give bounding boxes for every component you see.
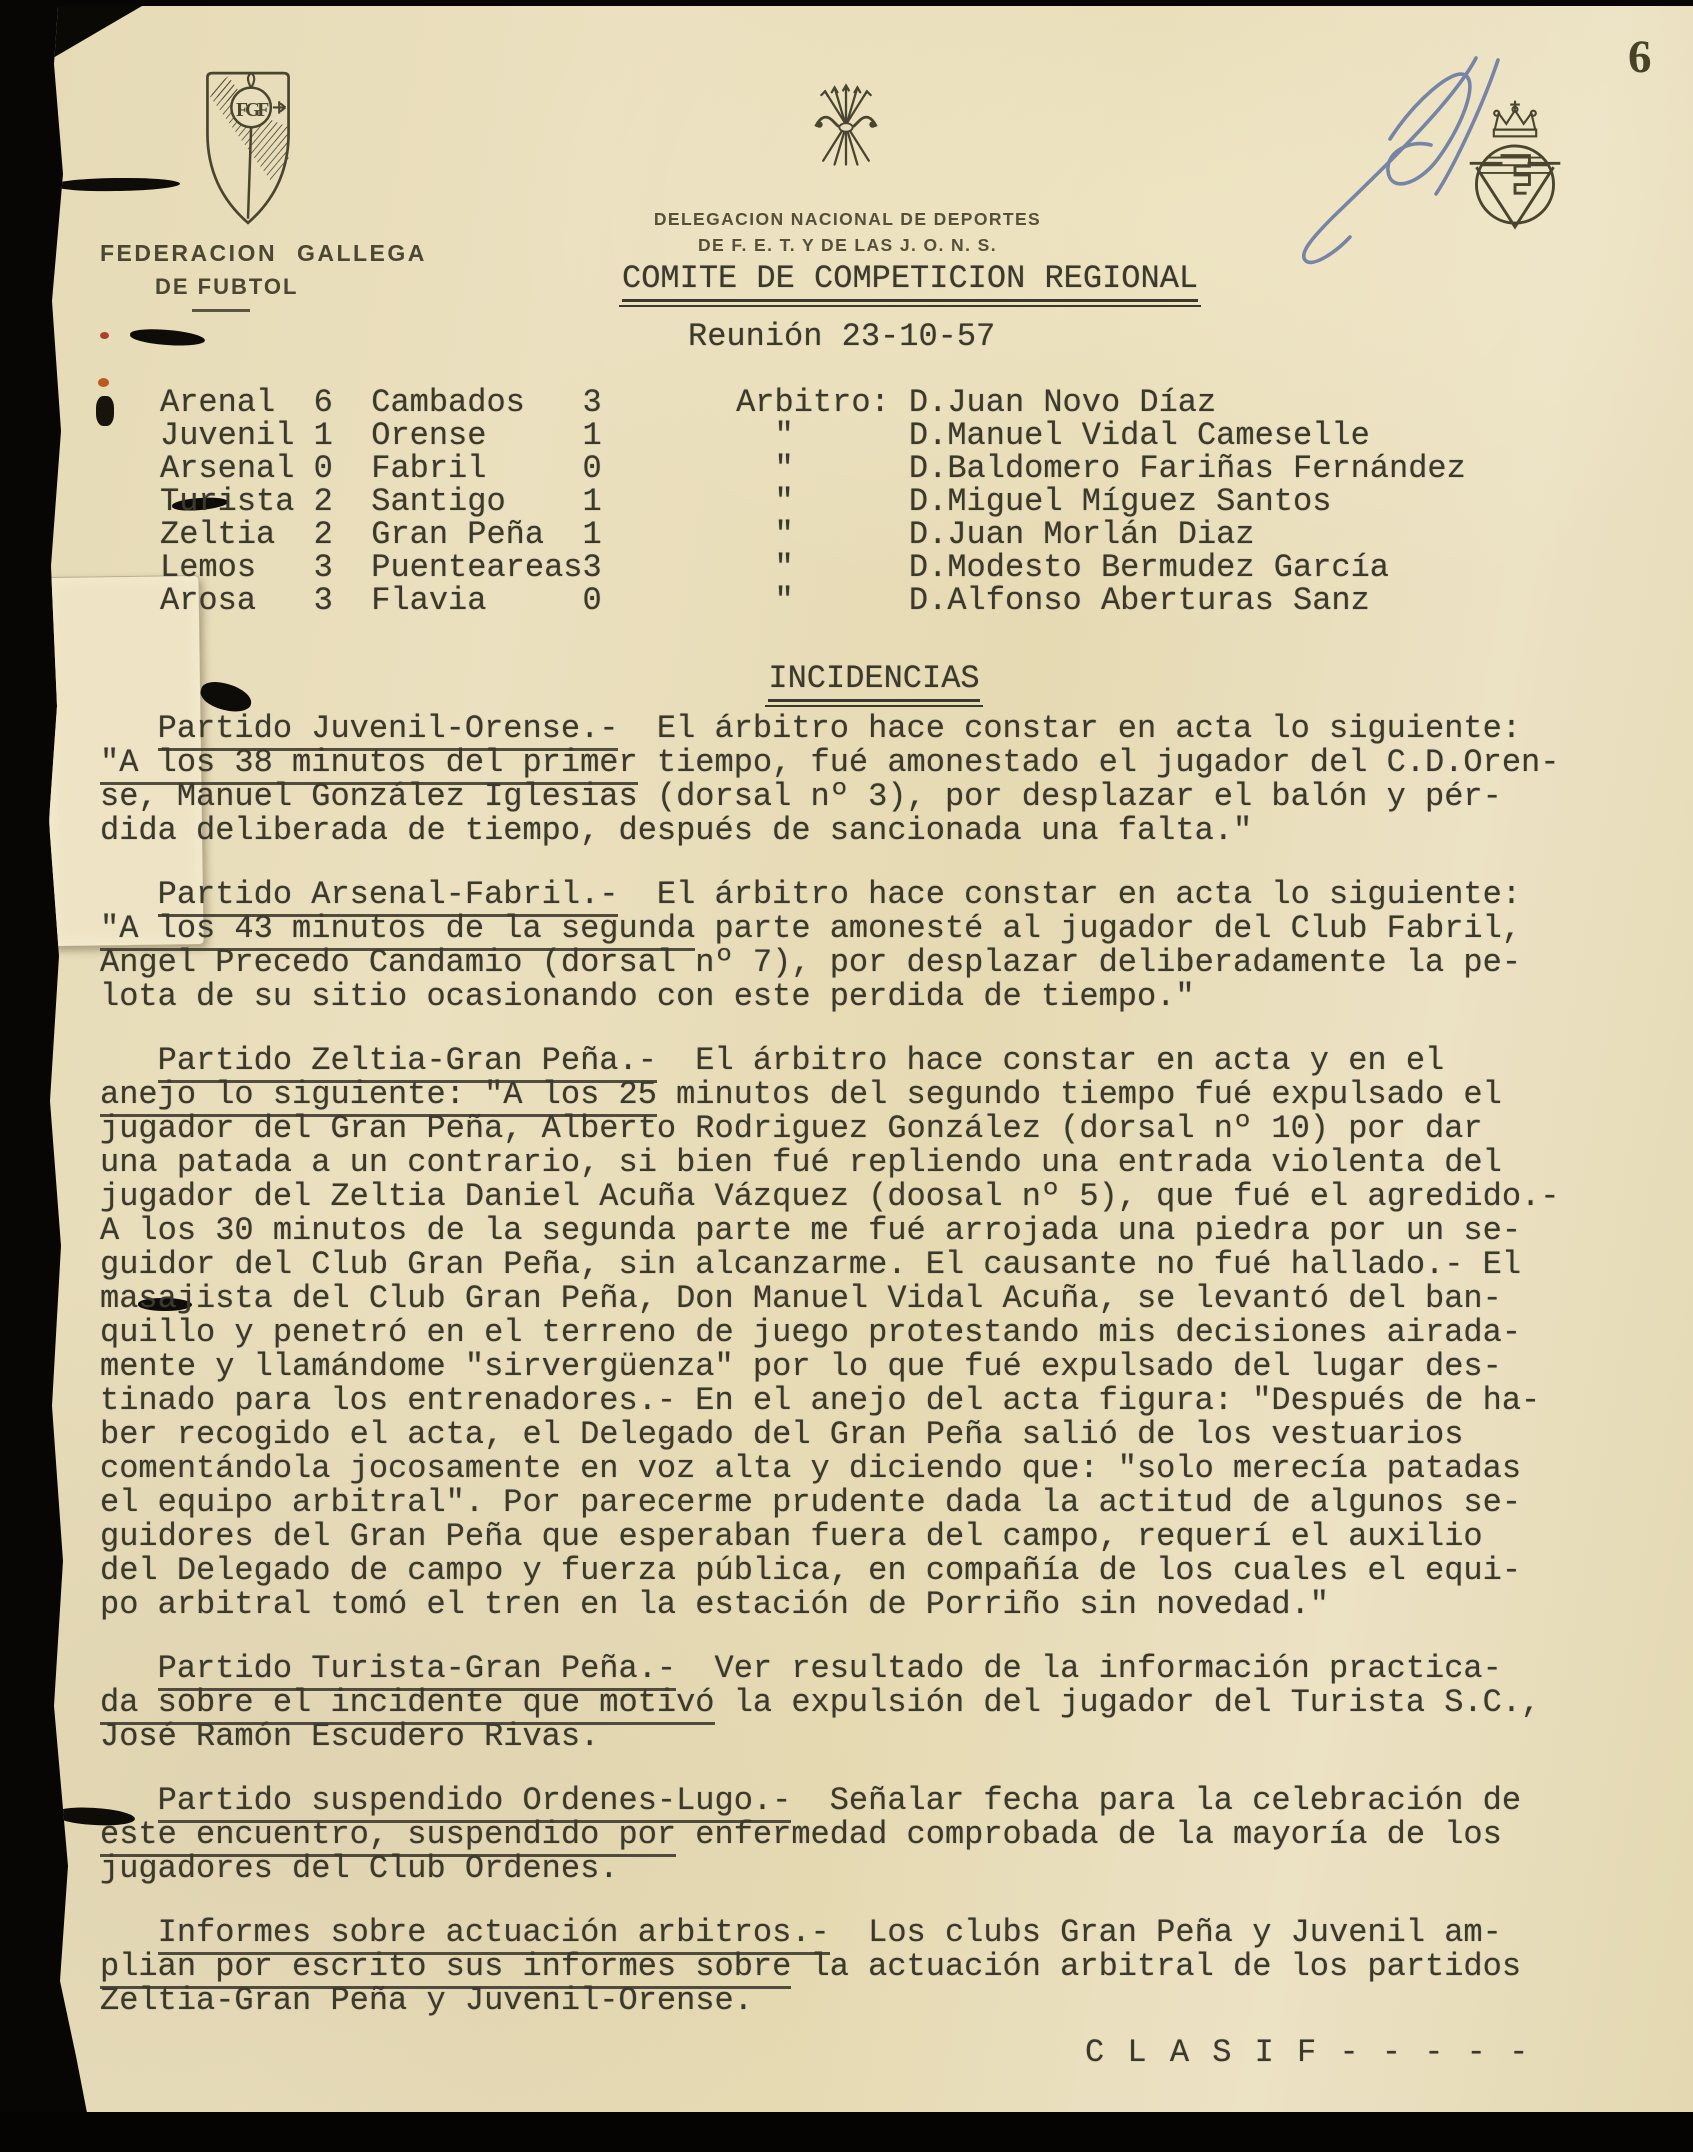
document-line: Partido Turista-Gran Peña.- Ver resultad… <box>100 1652 1648 1686</box>
document-line: José Ramón Escudero Rivas. <box>100 1720 1648 1754</box>
document-line: Partido Juvenil-Orense.- El árbitro hace… <box>100 712 1648 746</box>
incidencias-heading: INCIDENCIAS <box>768 660 979 702</box>
federation-crest-icon <box>1462 96 1568 248</box>
result-row: Juvenil 1 Orense 1 " D.Manuel Vidal Came… <box>160 419 1466 452</box>
document-line: quillo y penetró en el terreno de juego … <box>100 1316 1648 1350</box>
document-line: A los 30 minutos de la segunda parte me … <box>100 1214 1648 1248</box>
document-line: se, Manuel González Iglesias (dorsal nº … <box>100 780 1648 814</box>
document-line: este encuentro, suspendido por enfermeda… <box>100 1818 1648 1852</box>
document-line: anejo lo siguiente: "A los 25 minutos de… <box>100 1078 1648 1112</box>
document-line: el equipo arbitral". Por parecerme prude… <box>100 1486 1648 1520</box>
document-line: "A los 43 minutos de la segunda parte am… <box>100 912 1648 946</box>
clasif-footer: C L A S I F - - - - - <box>1085 2036 1530 2070</box>
page-number: 6 <box>1628 30 1652 84</box>
document-line: masajista del Club Gran Peña, Don Manuel… <box>100 1282 1648 1316</box>
torn-corner <box>46 6 142 62</box>
letterhead-delegation: DELEGACION NACIONAL DE DEPORTES DE F. E.… <box>620 206 1075 258</box>
letterhead-org-name: FEDERACION GALLEGA <box>100 240 427 267</box>
document-line: una patada a un contrario, si bien fué r… <box>100 1146 1648 1180</box>
torn-edge-mark <box>55 177 180 192</box>
document-line: guidores del Gran Peña que esperaban fue… <box>100 1520 1648 1554</box>
falange-yoke-arrows-icon <box>808 78 884 174</box>
document-line: comentándola jocosamente en voz alta y d… <box>100 1452 1648 1486</box>
result-row: Zeltia 2 Gran Peña 1 " D.Juan Morlán Dia… <box>160 518 1466 551</box>
delegation-line-2: DE F. E. T. Y DE LAS J. O. N. S. <box>620 232 1075 258</box>
incident-paragraph: Partido Arsenal-Fabril.- El árbitro hace… <box>100 878 1648 1014</box>
scanned-document-page: FGF FEDERACION GALLEGA DE FUBTOL DELEGAC… <box>0 0 1693 2152</box>
document-line: po arbitral tomó el tren en la estación … <box>100 1588 1648 1622</box>
scanner-bottom-edge <box>0 2112 1693 2152</box>
document-line: guidor del Club Gran Peña, sin alcanzarm… <box>100 1248 1648 1282</box>
incident-paragraph: Partido Turista-Gran Peña.- Ver resultad… <box>100 1652 1648 1754</box>
document-line: lota de su sitio ocasionando con este pe… <box>100 980 1648 1014</box>
svg-text:FGF: FGF <box>236 99 269 121</box>
letterhead-org-name-2: DE FUBTOL <box>155 274 298 300</box>
document-line: "A los 38 minutos del primer tiempo, fué… <box>100 746 1648 780</box>
match-results-rows: Arenal 6 Cambados 3 Arbitro: D.Juan Novo… <box>160 386 1466 617</box>
document-line: dida deliberada de tiempo, después de sa… <box>100 814 1648 848</box>
document-line: ber recogido el acta, el Delegado del Gr… <box>100 1418 1648 1452</box>
document-line: jugador del Zeltia Daniel Acuña Vázquez … <box>100 1180 1648 1214</box>
document-line: Partido Arsenal-Fabril.- El árbitro hace… <box>100 878 1648 912</box>
incident-paragraph: Informes sobre actuación arbitros.- Los … <box>100 1916 1648 2018</box>
result-row: Arsenal 0 Fabril 0 " D.Baldomero Fariñas… <box>160 452 1466 485</box>
result-row: Turista 2 Santigo 1 " D.Miguel Míguez Sa… <box>160 485 1466 518</box>
match-results-table: Arenal 6 Cambados 3 Arbitro: D.Juan Novo… <box>160 386 1466 617</box>
letterhead-rule <box>192 309 250 312</box>
incident-paragraph: Partido Juvenil-Orense.- El árbitro hace… <box>100 712 1648 848</box>
document-line: del Delegado de campo y fuerza pública, … <box>100 1554 1648 1588</box>
incident-paragraph: Partido Zeltia-Gran Peña.- El árbitro ha… <box>100 1044 1648 1622</box>
incidencias-section: INCIDENCIAS Partido Juvenil-Orense.- El … <box>100 662 1648 2048</box>
document-line: Angel Precedo Candamio (dorsal nº 7), po… <box>100 946 1648 980</box>
result-row: Arenal 6 Cambados 3 Arbitro: D.Juan Novo… <box>160 386 1466 419</box>
document-line: tinado para los entrenadores.- En el ane… <box>100 1384 1648 1418</box>
incident-paragraph: Partido suspendido Ordenes-Lugo.- Señala… <box>100 1784 1648 1886</box>
fgf-shield-icon: FGF <box>196 64 300 232</box>
delegation-line-1: DELEGACION NACIONAL DE DEPORTES <box>620 206 1075 232</box>
torn-edge-mark <box>130 327 206 347</box>
document-line: plian por escrito sus informes sobre la … <box>100 1950 1648 1984</box>
red-speck <box>100 332 109 339</box>
red-speck <box>98 378 109 387</box>
document-line: Partido Zeltia-Gran Peña.- El árbitro ha… <box>100 1044 1648 1078</box>
document-line: jugadores del Club Ordenes. <box>100 1852 1648 1886</box>
document-line: Zeltia-Gran Peña y Juvenil-Orense. <box>100 1984 1648 2018</box>
result-row: Arosa 3 Flavia 0 " D.Alfonso Aberturas S… <box>160 584 1466 617</box>
document-line: mente y llamándome "sirvergüenza" por lo… <box>100 1350 1648 1384</box>
document-line: Partido suspendido Ordenes-Lugo.- Señala… <box>100 1784 1648 1818</box>
document-line: da sobre el incidente que motivó la expu… <box>100 1686 1648 1720</box>
document-line: Informes sobre actuación arbitros.- Los … <box>100 1916 1648 1950</box>
document-title: COMITE DE COMPETICION REGIONAL <box>622 260 1198 302</box>
document-line: jugador del Gran Peña, Alberto Rodriguez… <box>100 1112 1648 1146</box>
incidencias-heading-wrap: INCIDENCIAS <box>100 662 1648 696</box>
incidencias-paragraphs: Partido Juvenil-Orense.- El árbitro hace… <box>100 712 1648 2018</box>
result-row: Lemos 3 Puenteareas3 " D.Modesto Bermude… <box>160 551 1466 584</box>
ink-blot <box>96 396 114 426</box>
meeting-date: Reunión 23-10-57 <box>688 320 995 354</box>
